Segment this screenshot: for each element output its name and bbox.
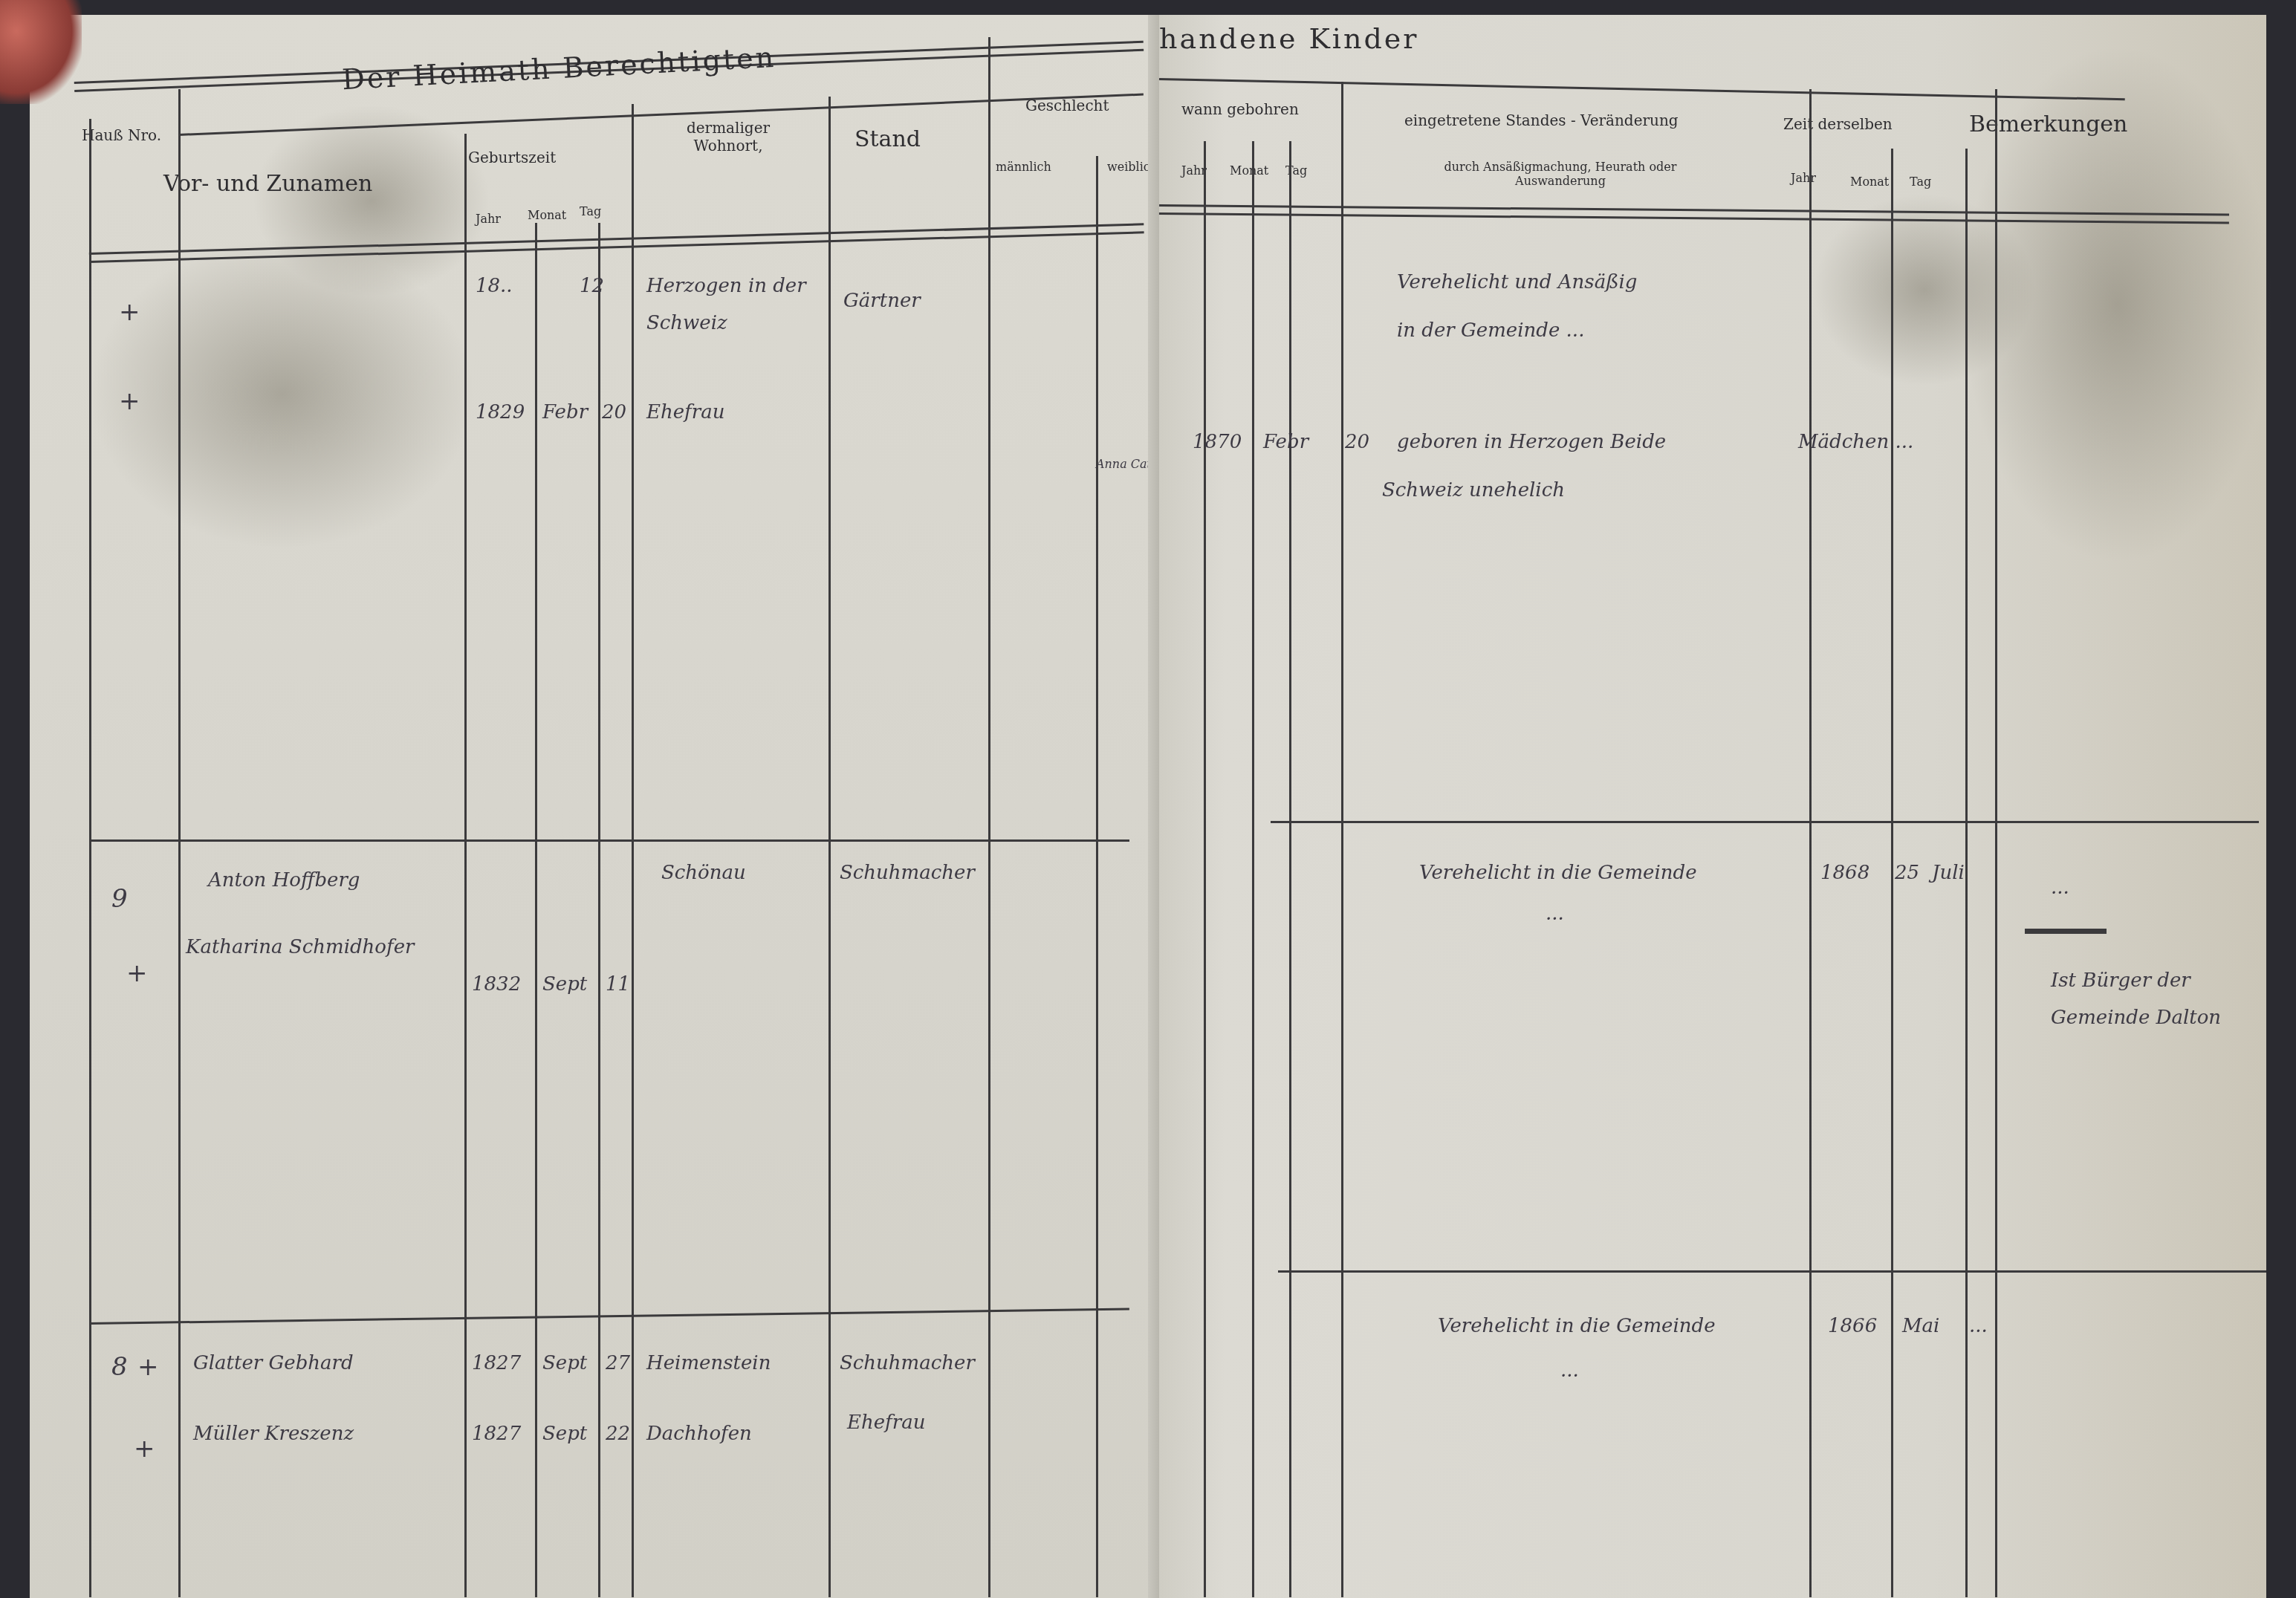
water-stain [253, 104, 490, 297]
column-rule [464, 134, 467, 1597]
col-veraenderung: eingetretene Standes - Veränderung [1404, 111, 1679, 129]
entry-3-zeit-monat: Mai [1902, 1315, 1939, 1337]
entry-3-haus-nr: 8 [111, 1352, 128, 1382]
column-rule [178, 89, 181, 1597]
col-name: Vor- und Zunamen [163, 171, 372, 197]
col-geburt-tag: Tag [580, 204, 601, 218]
entry-2-bemerkungen: Gemeinde Dalton [2051, 1007, 2221, 1029]
entry-1-geburt-jahr: 18.. [476, 275, 513, 297]
header-mid-rule [1159, 78, 2125, 100]
entry-1-kind-monat: Febr [1263, 431, 1308, 453]
entry-3-wohnort: Dachhofen [646, 1423, 752, 1445]
col-zeit: Zeit derselben [1783, 115, 1893, 133]
entry-3-geburt-monat-2: Sept [542, 1423, 587, 1445]
entry-2-zeit-jahr: 1868 [1820, 862, 1869, 884]
entry-1-veraenderung: in der Gemeinde ... [1397, 319, 1584, 342]
entry-separator [1278, 1270, 2266, 1273]
column-rule [1289, 141, 1291, 1597]
entry-1-wohnort: Schweiz [646, 312, 727, 334]
col-wann-gebohren: wann gebohren [1181, 100, 1299, 118]
entry-3-veraenderung: Verehelicht in die Gemeinde [1438, 1315, 1716, 1337]
entry-3-stand: Ehefrau [847, 1412, 925, 1434]
col-geburt-jahr: Jahr [476, 212, 501, 226]
entry-3-name: Müller Kreszenz [193, 1423, 354, 1445]
entry-1-geburt-tag: 12 [580, 275, 604, 297]
col-zeit-jahr: Jahr [1791, 171, 1816, 185]
entry-1-geburt-tag-2: 20 [602, 401, 626, 423]
column-rule [1809, 89, 1812, 1597]
entry-3-mark: + [137, 1352, 159, 1382]
entry-3-bemerkungen: ... [1969, 1315, 1988, 1337]
entry-2-haus-nr: 9 [111, 884, 128, 914]
entry-separator [89, 839, 1129, 842]
entry-3-wohnort: Heimenstein [646, 1352, 771, 1374]
entry-2-wohnort: Schönau [661, 862, 746, 884]
column-rule [1204, 141, 1206, 1597]
entry-separator [89, 1308, 1129, 1325]
col-zeit-tag: Tag [1910, 175, 1931, 189]
col-stand: Stand [854, 126, 921, 152]
entry-1-veraenderung: Verehelicht und Ansäßig [1397, 271, 1637, 293]
column-rule [1965, 149, 1968, 1597]
entry-3-geburt-tag-2: 22 [606, 1423, 630, 1445]
water-stain [1813, 193, 2036, 386]
entry-3-geburt-jahr-2: 1827 [472, 1423, 521, 1445]
entry-3-mark: + [134, 1434, 155, 1464]
column-rule [828, 97, 831, 1597]
col-geburtszeit: Geburtszeit [468, 149, 556, 166]
entry-1-kind-tag: 20 [1345, 431, 1369, 453]
entry-1-mark: + [119, 297, 140, 327]
entry-1-geburt-jahr-2: 1829 [476, 401, 525, 423]
left-page: Der Heimath Berechtigten Hauß Nro. Vor- … [30, 15, 1159, 1598]
entry-3-geburt-jahr: 1827 [472, 1352, 521, 1374]
entry-2-zeit-tag: Juli [1932, 862, 1965, 884]
col-maennlich: männlich [996, 160, 1051, 174]
entry-2-name: Katharina Schmidhofer [186, 936, 414, 958]
entry-2-bemerkungen: Ist Bürger der [2051, 969, 2190, 992]
entry-separator [1271, 821, 2259, 823]
col-haus-nr: Hauß Nro. [82, 126, 161, 144]
entry-2-mark: + [126, 958, 148, 988]
thumb-at-corner [0, 0, 82, 104]
column-rule [1891, 149, 1893, 1597]
entry-2-veraenderung: ... [1546, 903, 1564, 925]
entry-3-geburt-monat: Sept [542, 1352, 587, 1374]
entry-1-wohnort: Ehefrau [646, 401, 724, 423]
entry-2-name: Anton Hoffberg [208, 869, 360, 891]
entry-2-stand: Schuhmacher [840, 862, 975, 884]
entry-3-stand: Schuhmacher [840, 1352, 975, 1374]
left-header-title: Der Heimath Berechtigten [341, 41, 776, 97]
right-page: handene Kinder wann gebohren Jahr Monat … [1159, 15, 2266, 1598]
column-rule [89, 119, 91, 1597]
column-rule [1995, 89, 1997, 1597]
entry-1-bemerkungen: Mädchen ... [1798, 431, 1913, 453]
entry-1-mark: + [119, 386, 140, 416]
entry-3-name: Glatter Gebhard [193, 1352, 354, 1374]
column-rule [1252, 141, 1254, 1597]
entry-2-geburt-tag: 11 [606, 973, 630, 995]
col-geburt-monat: Monat [528, 208, 566, 222]
column-rule [1096, 156, 1098, 1597]
underline-mark [2025, 929, 2107, 934]
entry-1-veraenderung: geboren in Herzogen Beide [1397, 431, 1666, 453]
entry-3-zeit-jahr: 1866 [1828, 1315, 1877, 1337]
column-rule [988, 37, 990, 1597]
entry-2-veraenderung: Verehelicht in die Gemeinde [1419, 862, 1697, 884]
column-rule [535, 223, 537, 1597]
column-rule [598, 223, 600, 1597]
entry-2-bemerkungen: ... [2051, 877, 2069, 899]
entry-1-geburt-monat-2: Febr [542, 401, 588, 423]
right-header-title: handene Kinder [1159, 22, 1418, 55]
col-geschlecht: Geschlecht [1025, 97, 1109, 114]
col-zeit-monat: Monat [1850, 175, 1889, 189]
entry-1-kind-jahr: 1870 [1193, 431, 1242, 453]
entry-1-stand: Gärtner [843, 290, 921, 312]
entry-2-geburt-jahr: 1832 [472, 973, 521, 995]
entry-2-zeit-monat: 25 [1895, 862, 1919, 884]
ledger-spread: Der Heimath Berechtigten Hauß Nro. Vor- … [30, 15, 2266, 1598]
entry-2-geburt-monat: Sept [542, 973, 587, 995]
col-kind-jahr: Jahr [1181, 163, 1207, 178]
column-rule [1341, 82, 1343, 1597]
col-kind-monat: Monat [1230, 163, 1268, 178]
entry-1-veraenderung: Schweiz unehelich [1382, 479, 1565, 501]
entry-3-geburt-tag: 27 [606, 1352, 630, 1374]
entry-3-veraenderung: ... [1560, 1360, 1579, 1382]
col-wohnort: dermaliger Wohnort, [654, 119, 802, 155]
col-bemerkungen: Bemerkungen [1969, 111, 2127, 137]
entry-1-wohnort: Herzogen in der [646, 275, 806, 297]
col-veraenderung-sub: durch Ansäßigmachung, Heurath oder Auswa… [1412, 160, 1709, 188]
column-rule [632, 104, 634, 1597]
